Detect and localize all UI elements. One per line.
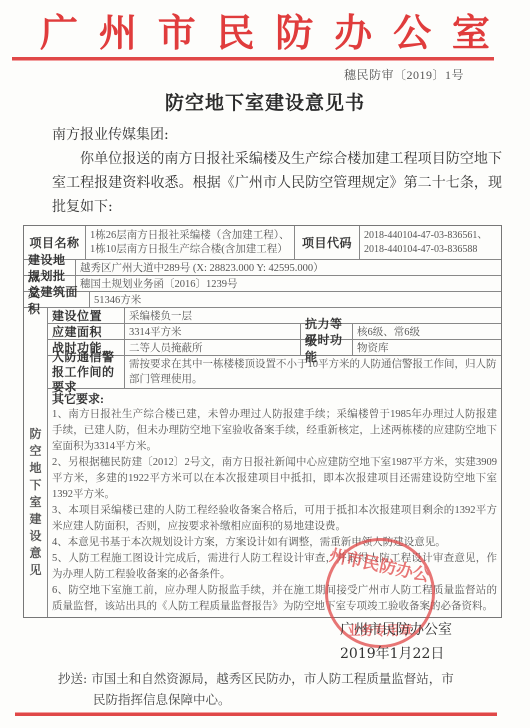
side-label-char: 意 bbox=[29, 545, 41, 562]
document-number: 穗民防审〔2019〕1号 bbox=[344, 66, 464, 83]
required-area-label: 应建面积 bbox=[48, 324, 125, 339]
letterhead-char: 市 bbox=[158, 2, 196, 57]
alarm-value: 需按要求在其中一栋楼楼顶设置不小于10平方米的人防通信警报工作间，归人防部门管理… bbox=[125, 356, 501, 388]
project-code-label: 项目代码 bbox=[295, 226, 360, 259]
project-name-line-1: 1栋26层南方日报社采编楼（含加建工程）、 bbox=[90, 229, 290, 243]
opinion-content: 建设位置 采编楼负一层 应建面积 3314平方米 抗力等级 核6级、常6级 战时… bbox=[48, 308, 501, 617]
letterhead-char: 办 bbox=[334, 2, 372, 57]
signature-org: 广州市民防办公室 bbox=[340, 618, 452, 642]
letterhead-char: 室 bbox=[452, 2, 490, 57]
side-label-char: 地 bbox=[29, 460, 41, 477]
letterhead-char: 州 bbox=[99, 2, 137, 57]
signature-block: 广州市民防办公室 2019年1月22日 bbox=[340, 618, 452, 666]
side-label-opinion: 防 空 地 下 室 建 设 意 见 bbox=[24, 308, 48, 617]
requirement-item: 2、另根据穗民防建〔2012〕2号文，南方日报社新闻中心应建防空地下室1987平… bbox=[52, 455, 497, 503]
requirement-item: 3、本项目采编楼已建的人防工程经验收备案合格后，可用于抵扣本次报建项目剩余的13… bbox=[52, 503, 497, 535]
row-location: 建设地点 越秀区广州大道中289号 (X: 28823.000 Y: 42595… bbox=[24, 260, 501, 276]
location-value: 越秀区广州大道中289号 (X: 28823.000 Y: 42595.000） bbox=[76, 260, 501, 275]
project-code-line-1: 2018-440104-47-03-836561、 bbox=[364, 229, 487, 243]
opinion-table: 项目名称 1栋26层南方日报社采编楼（含加建工程）、 1栋10层南方日报生产综合… bbox=[23, 225, 502, 618]
side-label-char: 室 bbox=[29, 494, 41, 511]
row-alarm: 人防通信警报工作间的要求 需按要求在其中一栋楼楼顶设置不小于10平方米的人防通信… bbox=[48, 356, 501, 389]
letterhead-char: 防 bbox=[275, 2, 313, 57]
project-code-value: 2018-440104-47-03-836561、 2018-440104-47… bbox=[360, 226, 501, 259]
row-position: 建设位置 采编楼负一层 bbox=[48, 308, 501, 324]
side-label-char: 防 bbox=[29, 426, 41, 443]
cc-label: 抄送: bbox=[58, 671, 87, 686]
alarm-label: 人防通信警报工作间的要求 bbox=[48, 356, 125, 388]
project-name-line-2: 1栋10层南方日报生产综合楼(含加建工程） bbox=[90, 243, 288, 257]
row-total-area: 总建筑面积 51346方米 bbox=[24, 292, 501, 308]
row-project-name: 项目名称 1栋26层南方日报社采编楼（含加建工程）、 1栋10层南方日报生产综合… bbox=[24, 226, 501, 260]
letterhead-red-rule bbox=[12, 57, 494, 61]
peacetime-value: 物资库 bbox=[353, 340, 501, 355]
letterhead-char: 民 bbox=[217, 2, 255, 57]
cc-block: 抄送: 市国土和自然资源局，越秀区民防办，市人防工程质量监督站，市 民防指挥信息… bbox=[58, 668, 478, 710]
letterhead-char: 公 bbox=[393, 2, 431, 57]
row-required-area: 应建面积 3314平方米 抗力等级 核6级、常6级 bbox=[48, 324, 501, 340]
cc-line-2: 民防指挥信息保障中心。 bbox=[58, 689, 478, 710]
intro-paragraph: 你单位报送的南方日报社采编楼及生产综合楼加建工程项目防空地下室工程报建资料收悉。… bbox=[52, 147, 502, 219]
position-label: 建设位置 bbox=[48, 308, 125, 323]
cc-line-1: 市国土和自然资源局，越秀区民防办，市人防工程质量监督站，市 bbox=[91, 671, 454, 686]
planning-value: 穗国土规划业务函〔2016〕1239号 bbox=[76, 276, 501, 291]
signature-date: 2019年1月22日 bbox=[340, 642, 452, 666]
side-label-char: 见 bbox=[29, 562, 41, 579]
wartime-value: 二等人员掩蔽所 bbox=[125, 340, 301, 355]
requirement-item: 1、南方日报社生产综合楼已建，未曾办理过人防报建手续；采编楼曾于1985年办理过… bbox=[52, 407, 497, 455]
row-planning: 规划批文 穗国土规划业务函〔2016〕1239号 bbox=[24, 276, 501, 292]
project-name-value: 1栋26层南方日报社采编楼（含加建工程）、 1栋10层南方日报生产综合楼(含加建… bbox=[86, 226, 295, 259]
requirement-item: 4、本意见书基于本次规划设计方案，方案设计如有调整，需重新申领人防建设意见。 bbox=[52, 535, 497, 551]
side-label-char: 空 bbox=[29, 443, 41, 460]
document-title: 防空地下室建设意见书 bbox=[0, 88, 530, 115]
total-area-value: 51346方米 bbox=[90, 292, 501, 307]
peacetime-label: 平时功能 bbox=[301, 340, 353, 355]
resistance-value: 核6级、常6级 bbox=[353, 324, 501, 339]
total-area-label: 总建筑面积 bbox=[24, 292, 90, 307]
side-label-char: 下 bbox=[29, 477, 41, 494]
letterhead-char: 广 bbox=[40, 2, 78, 57]
footer-red-rule bbox=[15, 712, 497, 716]
addressee: 南方报业传媒集团: bbox=[52, 124, 169, 144]
required-area-value: 3314平方米 bbox=[125, 324, 301, 339]
side-label-char: 建 bbox=[29, 511, 41, 528]
project-code-line-2: 2018-440104-47-03-836588 bbox=[364, 243, 477, 257]
letterhead-title: 广 州 市 民 防 办 公 室 bbox=[40, 6, 490, 52]
side-label-char: 设 bbox=[29, 528, 41, 545]
